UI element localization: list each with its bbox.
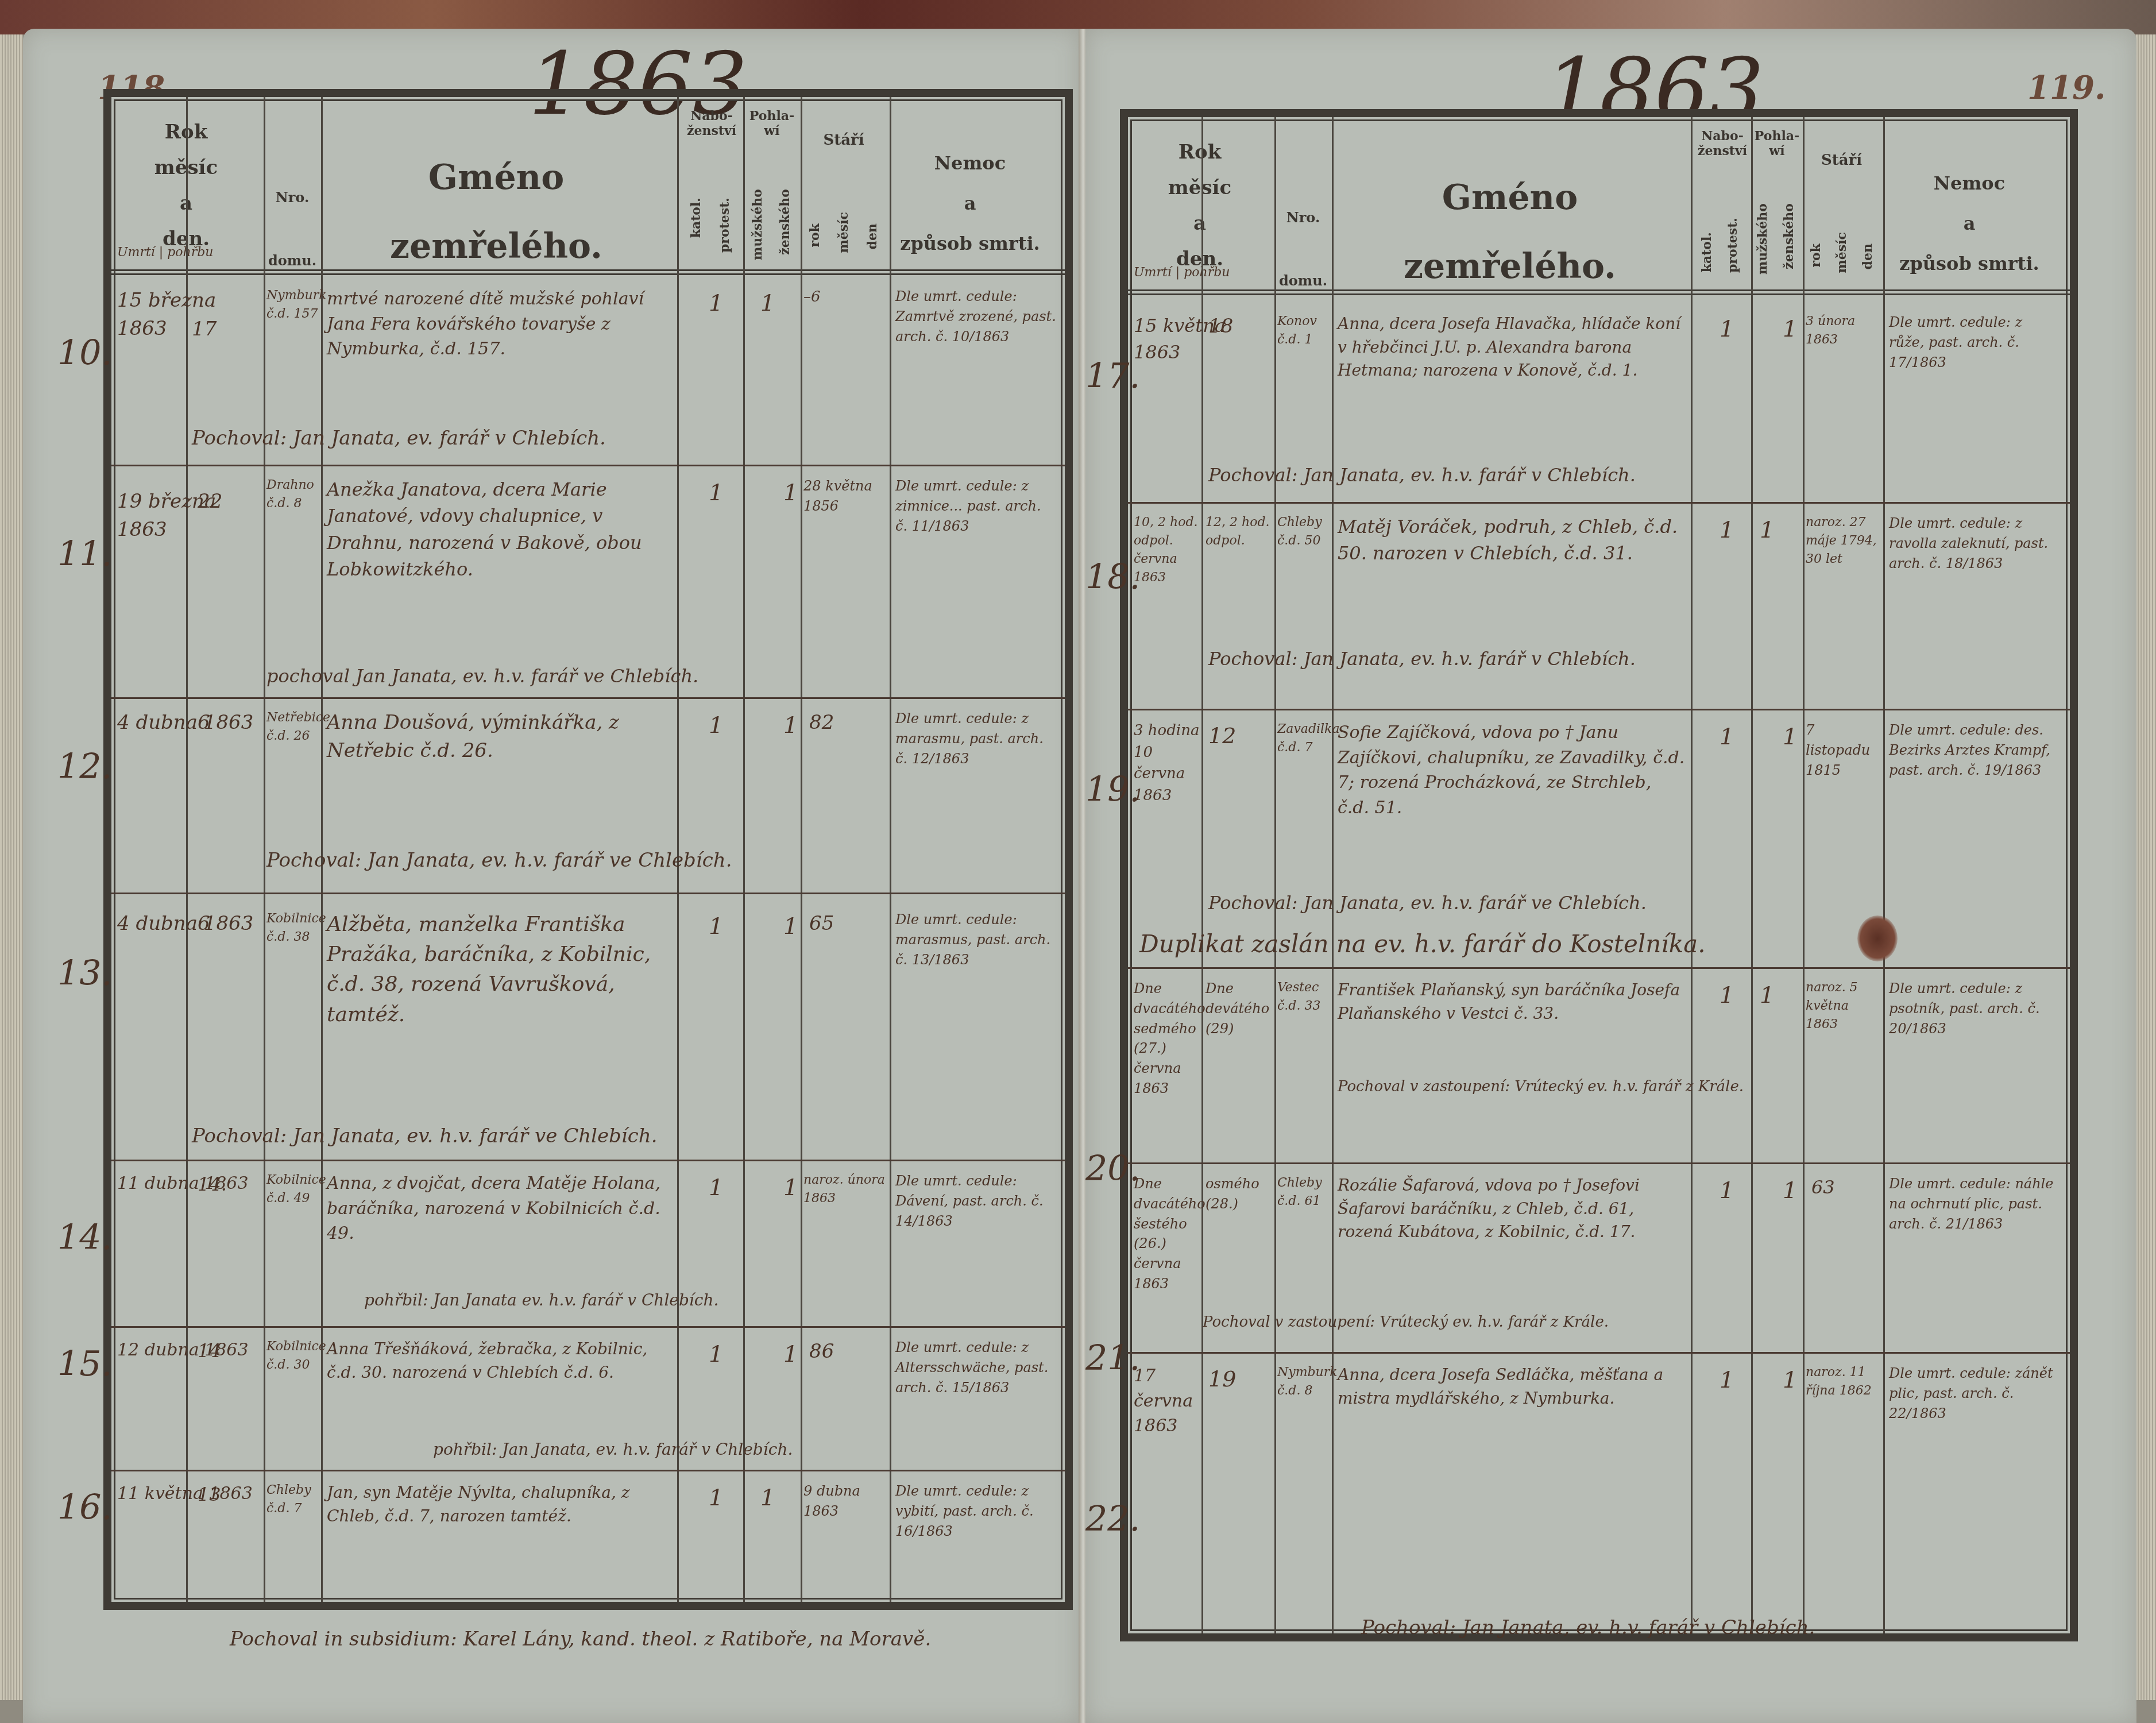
entry-death-date: 17 června 1863	[1134, 1363, 1203, 1439]
entry-burier-overflow: Pochoval: Jan Janata, ev. h.v. farář v C…	[1361, 1614, 1993, 1642]
header-age: Stáří	[801, 132, 887, 149]
entry-protestant: 1	[1720, 312, 1734, 346]
header-sub-death: Umrtí	[1134, 265, 1172, 280]
entry-female: 1	[1783, 312, 1797, 346]
entry-death-date: 4 dubna 1863	[117, 910, 261, 938]
entry-house: Kobilnice č.d. 30	[266, 1338, 318, 1374]
entry-house: Nymburk č.d. 157	[266, 287, 318, 323]
entry-burier: Pochoval: Jan Janata, ev. h.v. farář v C…	[1208, 646, 1636, 672]
entry-number: 18.	[1085, 557, 1140, 597]
entry-cause: Dle umrt. cedule: z marasmu, past. arch.…	[895, 709, 1056, 768]
header-age: Stáří	[1803, 152, 1880, 169]
entry-female: 1	[783, 910, 798, 943]
header-house-line: Nro.	[1277, 186, 1329, 249]
entry-protestant: 1	[709, 1481, 723, 1515]
table-header-left: Rok měsíc a den. Umrtí | pohřbu Nro. dom…	[111, 97, 1065, 275]
entry-male: 1	[760, 1481, 775, 1515]
entry-death-date: Dne dvacátého šestého (26.) června 1863	[1134, 1174, 1203, 1294]
entry-cause: Dle umrt. cedule: z psotník, past. arch.…	[1889, 979, 2055, 1038]
entry-burial-date: 19	[1208, 1363, 1236, 1395]
header-catholic: katol.	[1699, 232, 1714, 272]
register-entry: 10, 2 hod. odpol. června 1863 12, 2 hod.…	[1128, 502, 2070, 710]
entry-number: 11.	[57, 534, 112, 574]
entry-number: 13.	[57, 953, 112, 994]
entry-protestant: 1	[1720, 720, 1734, 754]
entry-house: Konov č.d. 1	[1277, 312, 1329, 349]
table-header-right: Rok měsíc a den. Umrtí | pohřbu Nro. dom…	[1128, 117, 2070, 295]
entry-female: 1	[1783, 1363, 1797, 1397]
register-entry: 17 června 1863 19 Nymburk č.d. 8 Anna, d…	[1128, 1352, 2070, 1524]
header-cause-line: Nemoc	[892, 143, 1048, 183]
register-entry: 15 března 1863 17 Nymburk č.d. 157 mrtvé…	[111, 281, 1065, 466]
entry-age: 63	[1811, 1174, 1835, 1200]
entry-number: 10.	[57, 333, 112, 373]
entry-burier: Pochoval v zastoupení: Vrútecký ev. h.v.…	[1338, 1076, 1744, 1098]
header-house-line: Nro.	[266, 166, 318, 229]
entry-protestant: 1	[1720, 513, 1734, 547]
header-cause-line: způsob smrti.	[892, 223, 1048, 264]
page-number-right: 119.	[2027, 69, 2105, 107]
entry-burial-date: 18	[1208, 312, 1233, 341]
entry-number: 22.	[1085, 1499, 1140, 1539]
entry-burier: Pochoval: Jan Janata, ev. h.v. farář ve …	[1208, 890, 1647, 916]
entry-number: 20.	[1085, 1149, 1140, 1189]
entry-protestant: 1	[709, 709, 723, 742]
entry-death-date: 10, 2 hod. odpol. června 1863	[1134, 513, 1203, 587]
entry-cause: Dle umrt. cedule: Dávení, past. arch. č.…	[895, 1171, 1056, 1231]
register-entry: 11 května 1863 13 Chleby č.d. 7 Jan, syn…	[111, 1470, 1065, 1590]
entry-cause: Dle umrt. cedule: zánět plic, past. arch…	[1889, 1363, 2055, 1423]
register-entry: 3 hodina 10 června 1863 12 Zavadilka č.d…	[1128, 709, 2070, 969]
entry-protestant: 1	[709, 910, 723, 943]
entry-number: 17.	[1085, 356, 1140, 396]
entry-protestant: 1	[709, 1338, 723, 1371]
entry-female: 1	[783, 476, 798, 509]
entry-name: Anežka Janatova, dcera Marie Janatové, v…	[327, 476, 671, 583]
register-entry: 11 dubna 1863 14. Kobilnice č.d. 49 Anna…	[111, 1160, 1065, 1328]
header-male: mužského	[1755, 203, 1770, 275]
entry-cause: Dle umrt. cedule: des. Bezirks Arztes Kr…	[1889, 720, 2055, 780]
entry-male: 1	[760, 287, 775, 320]
header-date-sub: Umrtí | pohřbu	[1134, 264, 1230, 282]
ink-stain	[1857, 915, 1898, 961]
header-days: den	[1860, 244, 1875, 269]
entry-name: František Plaňanský, syn baráčníka Josef…	[1338, 979, 1688, 1025]
entry-number: 21.	[1085, 1338, 1140, 1378]
entry-name: Rozálie Šafarová, vdova po † Josefovi Ša…	[1338, 1174, 1688, 1244]
register-entry: 19 března 1863 22 Drahno č.d. 8 Anežka J…	[111, 465, 1065, 699]
entry-number: 16.	[57, 1488, 112, 1528]
entry-cause: Dle umrt. cedule: z vybití, past. arch. …	[895, 1481, 1056, 1541]
entry-cause: Dle umrt. cedule: marasmus, past. arch. …	[895, 910, 1056, 969]
page-edges-left	[0, 34, 23, 1700]
header-name-line: zemřelého.	[1335, 232, 1685, 301]
header-name-line: Gméno	[1335, 163, 1685, 232]
entry-name: Alžběta, manželka Františka Pražáka, bar…	[327, 910, 671, 1030]
header-sex: Pohla-wí	[1751, 129, 1803, 159]
header-name: Gméno zemřelého.	[324, 143, 669, 281]
page-edges-right	[2133, 34, 2156, 1700]
entry-name: Anna, dcera Josefa Sedláčka, měšťana a m…	[1338, 1363, 1688, 1410]
entry-burier: Pochoval: Jan Janata, ev. h.v. farář ve …	[266, 847, 732, 875]
entry-protestant: 1	[1720, 1363, 1734, 1397]
entry-male: 1	[1760, 979, 1774, 1012]
header-cause-line: Nemoc	[1886, 163, 2053, 203]
header-female: ženského	[1782, 203, 1796, 269]
entry-cause: Dle umrt. cedule: náhle na ochrnutí plic…	[1889, 1174, 2055, 1234]
entry-age: 9 dubna 1863	[803, 1481, 890, 1521]
entry-protestant: 1	[1720, 1174, 1734, 1207]
header-name-line: Gméno	[324, 143, 669, 212]
entry-cause: Dle umrt. cedule: z ravolla zaleknutí, p…	[1889, 513, 2055, 573]
entry-burier: Pochoval: Jan Janata, ev. h.v. farář ve …	[192, 1122, 658, 1150]
entry-protestant: 1	[709, 1171, 723, 1204]
entry-burial-date: 6	[198, 910, 210, 938]
header-date-line: a	[1128, 206, 1272, 241]
right-page: 119. 1863. Rok měsíc a den. Umrtí | pohř…	[1085, 29, 2136, 1723]
entry-male: 1	[1760, 513, 1774, 547]
header-sub-burial: pohřbu	[1184, 265, 1230, 280]
entry-age: 28 května 1856	[803, 476, 890, 516]
entry-age: 7 listopadu 1815	[1806, 720, 1883, 780]
entry-burial-date: 6	[198, 709, 210, 737]
entry-protestant: 1	[709, 476, 723, 509]
entry-death-date: 15 května 1863	[1134, 312, 1272, 366]
register-entry: 15 května 1863 18 Konov č.d. 1 Anna, dce…	[1128, 301, 2070, 504]
entry-death-date: Dne dvacátého sedmého (27.) června 1863	[1134, 979, 1203, 1099]
entry-number: 19.	[1085, 770, 1140, 810]
entry-age: 82	[809, 709, 834, 737]
register-entry: Dne dvacátého sedmého (27.) června 1863 …	[1128, 967, 2070, 1164]
entry-house: Vestec č.d. 33	[1277, 979, 1329, 1015]
header-sub-death: Umrtí	[117, 245, 155, 260]
entry-death-date: 15 března 1863	[117, 287, 261, 343]
entry-burial-date: 12	[1208, 720, 1236, 752]
register-table-left: Rok měsíc a den. Umrtí | pohřbu Nro. dom…	[103, 89, 1073, 1610]
entry-number: 15.	[57, 1344, 112, 1384]
header-name: Gméno zemřelého.	[1335, 163, 1685, 301]
entry-burial-date: osmého (28.)	[1205, 1174, 1274, 1214]
header-house: Nro. domu.	[266, 166, 318, 292]
entry-age: 65	[809, 910, 834, 938]
entry-age: –6	[803, 287, 890, 308]
entry-burial-date: 22	[198, 488, 222, 516]
header-days: den	[865, 223, 880, 249]
entry-house: Chleby č.d. 50	[1277, 513, 1329, 550]
entry-death-date: 11 dubna 1863	[117, 1171, 261, 1196]
entry-number: 14.	[57, 1218, 112, 1258]
entry-burial-date: Dne devátého (29)	[1205, 979, 1274, 1038]
entry-duplicate-note: Duplikat zaslán na ev. h.v. farář do Kos…	[1139, 927, 1706, 962]
entry-name: Anna Třešňáková, žebračka, z Kobilnic, č…	[327, 1338, 671, 1384]
entry-age: naroz. února 1863	[803, 1171, 890, 1208]
header-protestant: protest.	[1725, 218, 1740, 273]
header-protestant: protest.	[717, 198, 732, 253]
entry-house: Nymburk č.d. 8	[1277, 1363, 1329, 1400]
entry-burial-date: 14	[198, 1338, 221, 1364]
header-date-line: měsíc	[1128, 170, 1272, 206]
entry-death-date: 19 března 1863	[117, 488, 261, 544]
register-entry: 4 dubna 1863 6 Netřebice č.d. 26 Anna Do…	[111, 697, 1065, 894]
entry-number: 12.	[57, 747, 112, 787]
entry-burier-overflow: Pochoval in subsidium: Karel Lány, kand.…	[230, 1625, 1034, 1654]
header-male: mužského	[750, 189, 765, 260]
entry-burial-date: 12, 2 hod. odpol.	[1205, 513, 1274, 550]
register-entry: 12 dubna 1863 14 Kobilnice č.d. 30 Anna …	[111, 1326, 1065, 1471]
entry-age: naroz. 5 května 1863	[1806, 979, 1883, 1034]
entry-female: 1	[1783, 720, 1797, 754]
header-months: měsíc	[836, 212, 851, 253]
header-cause: Nemoc a způsob smrti.	[1886, 163, 2053, 284]
header-religion: Nabo-ženství	[680, 109, 743, 138]
entry-cause: Dle umrt. cedule: Zamrtvě zrozené, past.…	[895, 287, 1056, 346]
entry-name: Anna, z dvojčat, dcera Matěje Holana, ba…	[327, 1171, 671, 1246]
entry-age: naroz. 27 máje 1794, 30 let	[1806, 513, 1883, 569]
entry-cause: Dle umrt. cedule: z růže, past. arch. č.…	[1889, 312, 2055, 372]
entry-burier: pohřbil: Jan Janata, ev. h.v. farář v Ch…	[433, 1438, 793, 1462]
header-date-sub: Umrtí | pohřbu	[117, 244, 213, 262]
header-catholic: katol.	[689, 198, 704, 238]
header-religion: Nabo-ženství	[1694, 129, 1751, 159]
entry-house: Kobilnice č.d. 49	[266, 1171, 318, 1208]
entry-house: Chleby č.d. 7	[266, 1481, 318, 1518]
entry-name: mrtvé narozené dítě mužské pohlaví Jana …	[327, 287, 671, 362]
header-cause-line: a	[1886, 203, 2053, 244]
entry-protestant: 1	[709, 287, 723, 320]
entry-death-date: 3 hodina 10 června 1863	[1134, 720, 1203, 807]
entry-age: 86	[809, 1338, 834, 1366]
header-months: měsíc	[1834, 232, 1849, 273]
entry-house: Kobilnice č.d. 38	[266, 910, 318, 947]
entry-burial-date: 13	[198, 1481, 221, 1508]
register-entry: Dne dvacátého šestého (26.) června 1863 …	[1128, 1162, 2070, 1354]
register-table-right: Rok měsíc a den. Umrtí | pohřbu Nro. dom…	[1120, 109, 2078, 1641]
entry-burier: pochoval Jan Janata, ev. h.v. farář ve C…	[266, 663, 698, 689]
entry-house: Chleby č.d. 61	[1277, 1174, 1329, 1211]
header-date: Rok měsíc a den.	[1128, 134, 1272, 277]
header-years: rok	[1809, 244, 1823, 268]
entry-name: Anna, dcera Josefa Hlavačka, hlídače kon…	[1338, 312, 1688, 383]
entry-house: Netřebice č.d. 26	[266, 709, 318, 745]
header-sex: Pohla-wí	[743, 109, 801, 138]
entry-house: Zavadilka č.d. 7	[1277, 720, 1329, 757]
header-name-line: zemřelého.	[324, 212, 669, 281]
entry-burier: Pochoval: Jan Janata, ev. h.v. farář v C…	[1208, 462, 1636, 488]
entry-name: Matěj Voráček, podruh, z Chleb, č.d. 50.…	[1338, 513, 1688, 567]
entry-death-date: 11 května 1863	[117, 1481, 261, 1506]
entry-female: 1	[783, 1171, 798, 1204]
entry-cause: Dle umrt. cedule: z Altersschwäche, past…	[895, 1338, 1056, 1397]
left-page: 118. 1863 Rok měsíc a den. Umrtí | pohřb…	[23, 29, 1080, 1723]
entry-female: 1	[783, 1338, 798, 1371]
header-house: Nro. domu.	[1277, 186, 1329, 312]
header-sub-burial: pohřbu	[167, 245, 213, 260]
entry-death-date: 4 dubna 1863	[117, 709, 261, 737]
entry-burial-date: 17	[192, 315, 217, 343]
header-cause-line: způsob smrti.	[1886, 244, 2053, 284]
entry-house: Drahno č.d. 8	[266, 476, 318, 513]
header-years: rok	[807, 223, 822, 248]
entry-burier: Pochoval v zastoupení: Vrútecký ev. h.v.…	[1203, 1312, 1609, 1334]
entry-name: Sofie Zajíčková, vdova po † Janu Zajíčko…	[1338, 720, 1688, 820]
entry-protestant: 1	[1720, 979, 1734, 1012]
entry-age: naroz. 11 října 1862	[1806, 1363, 1883, 1400]
entry-cause: Dle umrt. cedule: z zimnice... past. arc…	[895, 476, 1056, 536]
entry-burial-date: 14.	[198, 1171, 227, 1197]
entry-burier: Pochoval: Jan Janata, ev. farář v Chlebí…	[192, 424, 606, 453]
entry-age: 3 února 1863	[1806, 312, 1883, 349]
header-cause-line: a	[892, 183, 1048, 223]
entry-female: 1	[783, 709, 798, 742]
entry-name: Jan, syn Matěje Nývlta, chalupníka, z Ch…	[327, 1481, 671, 1528]
entry-name: Anna Doušová, výminkářka, z Netřebic č.d…	[327, 709, 671, 766]
header-cause: Nemoc a způsob smrti.	[892, 143, 1048, 264]
entry-female: 1	[1783, 1174, 1797, 1207]
header-date-line: Rok	[1128, 134, 1272, 170]
register-entry: 4 dubna 1863 6 Kobilnice č.d. 38 Alžběta…	[111, 893, 1065, 1161]
entry-death-date: 12 dubna 1863	[117, 1338, 261, 1363]
header-female: ženského	[778, 189, 793, 255]
entry-burier: pohřbil: Jan Janata ev. h.v. farář v Chl…	[364, 1289, 718, 1312]
